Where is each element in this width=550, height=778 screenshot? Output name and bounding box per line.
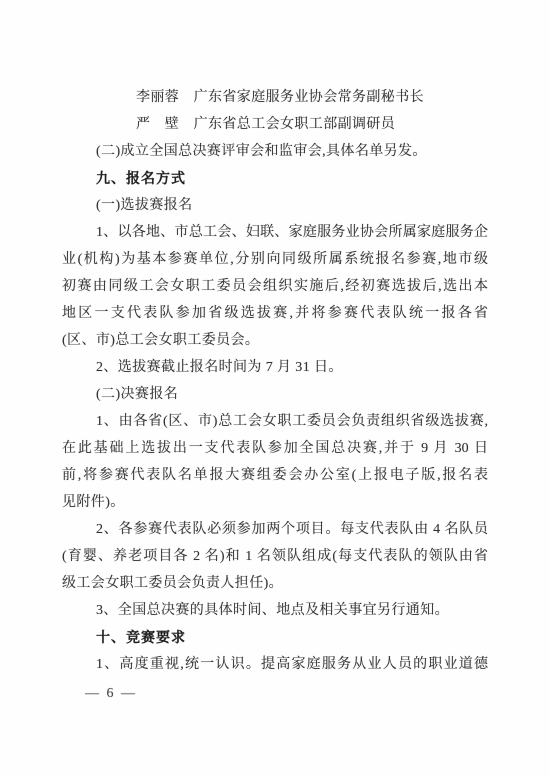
text-line: (二)决赛报名 <box>62 381 488 408</box>
text-line: (二)成立全国总决赛评审会和监审会,具体名单另发。 <box>62 138 488 165</box>
text-line: 2、各参赛代表队必须参加两个项目。每支代表队由 4 名队员 <box>62 516 488 543</box>
text-line: 1、由各省(区、市)总工会女职工委员会负责组织省级选拔赛, <box>62 408 488 435</box>
text-line: 业(机构)为基本参赛单位,分别向同级所属系统报名参赛,地市级 <box>62 246 488 273</box>
text-line: 1、以各地、市总工会、妇联、家庭服务业协会所属家庭服务企 <box>62 219 488 246</box>
text-line: 前,将参赛代表队名单报大赛组委会办公室(上报电子版,报名表 <box>62 462 488 489</box>
section-heading: 十、竞赛要求 <box>62 624 488 651</box>
document-lines: 李丽蓉 广东省家庭服务业协会常务副秘书长严 壁 广东省总工会女职工部副调研员(二… <box>62 84 488 678</box>
text-line: 在此基础上选拔出一支代表队参加全国总决赛,并于 9 月 30 日 <box>62 435 488 462</box>
text-line: 地区一支代表队参加省级选拔赛,并将参赛代表队统一报各省 <box>62 300 488 327</box>
text-line: 级工会女职工委员会负责人担任)。 <box>62 570 488 597</box>
text-line: 3、全国总决赛的具体时间、地点及相关事宜另行通知。 <box>62 597 488 624</box>
text-line: (育婴、养老项目各 2 名)和 1 名领队组成(每支代表队的领队由省 <box>62 543 488 570</box>
text-line: (区、市)总工会女职工委员会。 <box>62 327 488 354</box>
section-heading: 九、报名方式 <box>62 165 488 192</box>
text-line: 1、高度重视,统一认识。提高家庭服务从业人员的职业道德 <box>62 651 488 678</box>
text-line: 严 壁 广东省总工会女职工部副调研员 <box>62 111 488 138</box>
page-number: — 6 — <box>85 680 137 707</box>
text-line: 见附件)。 <box>62 489 488 516</box>
text-line: 李丽蓉 广东省家庭服务业协会常务副秘书长 <box>62 84 488 111</box>
document-page: 李丽蓉 广东省家庭服务业协会常务副秘书长严 壁 广东省总工会女职工部副调研员(二… <box>0 0 550 778</box>
text-line: 2、选拔赛截止报名时间为 7 月 31 日。 <box>62 354 488 381</box>
text-line: 初赛由同级工会女职工委员会组织实施后,经初赛选拔后,选出本 <box>62 273 488 300</box>
text-line: (一)选拔赛报名 <box>62 192 488 219</box>
